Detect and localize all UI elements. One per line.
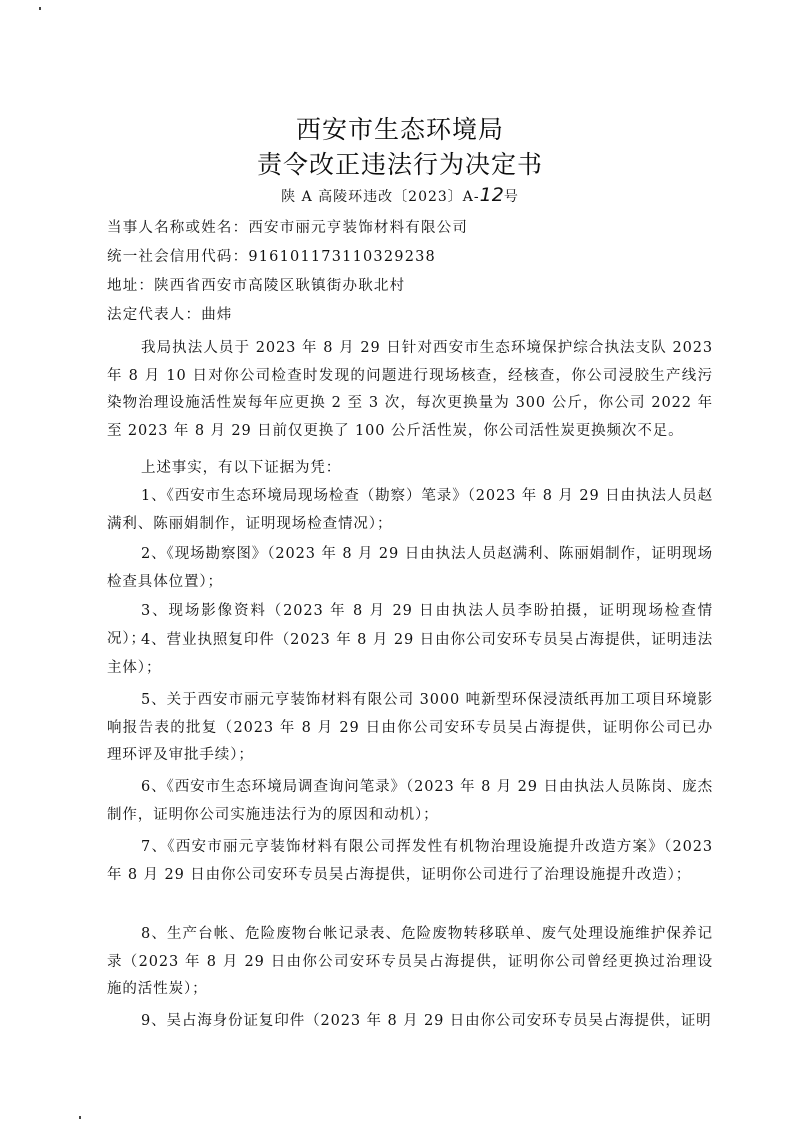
credit-code-value: 916101173110329238 <box>248 249 436 265</box>
evidence-item-9: 9、吴占海身份证复印件（2023 年 8 月 29 日由你公司安环专员吴占海提供… <box>107 1008 713 1036</box>
legal-rep-label: 法定代表人： <box>107 307 201 323</box>
party-name-row: 当事人名称或姓名：西安市丽元亨装饰材料有限公司 <box>107 216 468 237</box>
facts-paragraph: 我局执法人员于 2023 年 8 月 29 日针对西安市生态环境保护综合执法支队… <box>107 335 713 445</box>
party-name-label: 当事人名称或姓名： <box>107 220 248 236</box>
address-row: 地址：陕西省西安市高陵区耿镇街办耿北村 <box>107 274 405 295</box>
evidence-item-6: 6、《西安市生态环境局调查询问笔录》（2023 年 8 月 29 日由执法人员陈… <box>107 774 713 829</box>
legal-rep-row: 法定代表人：曲炜 <box>107 303 233 324</box>
document-page: 西安市生态环境局 责令改正违法行为决定书 陕 A 高陵环违改〔2023〕A-12… <box>0 0 800 1135</box>
agency-title: 西安市生态环境局 <box>0 110 800 146</box>
doc-number-handwritten: 12 <box>480 184 504 206</box>
scan-speck <box>39 7 41 10</box>
evidence-item-5: 5、关于西安市丽元亨装饰材料有限公司 3000 吨新型环保浸渍纸再加工项目环境影… <box>107 687 713 770</box>
evidence-item-8: 8、生产台帐、危险废物台帐记录表、危险废物转移联单、废气处理设施维护保养记录（2… <box>107 921 713 1004</box>
address-label: 地址： <box>107 278 154 294</box>
credit-code-label: 统一社会信用代码： <box>107 249 248 265</box>
document-number: 陕 A 高陵环违改〔2023〕A-12号 <box>0 184 800 206</box>
legal-rep-value: 曲炜 <box>201 307 232 323</box>
address-value: 陕西省西安市高陵区耿镇街办耿北村 <box>154 278 405 294</box>
evidence-item-4: 4、营业执照复印件（2023 年 8 月 29 日由你公司安环专员吴占海提供，证… <box>107 627 713 682</box>
doc-number-prefix: 陕 A 高陵环违改〔2023〕A- <box>281 189 479 205</box>
party-name-value: 西安市丽元亨装饰材料有限公司 <box>248 220 468 236</box>
credit-code-row: 统一社会信用代码：916101173110329238 <box>107 245 436 266</box>
evidence-item-7: 7、《西安市丽元亨装饰材料有限公司挥发性有机物治理设施提升改造方案》（2023 … <box>107 834 713 889</box>
scan-speck <box>79 1116 81 1119</box>
doc-number-suffix: 号 <box>504 189 519 205</box>
evidence-item-1: 1、《西安市生态环境局现场检查（勘察）笔录》（2023 年 8 月 29 日由执… <box>107 483 713 538</box>
document-type-title: 责令改正违法行为决定书 <box>0 145 800 181</box>
evidence-item-2: 2、《现场勘察图》（2023 年 8 月 29 日由执法人员赵满利、陈丽娟制作，… <box>107 541 713 596</box>
evidence-intro: 上述事实，有以下证据为凭： <box>107 455 713 483</box>
